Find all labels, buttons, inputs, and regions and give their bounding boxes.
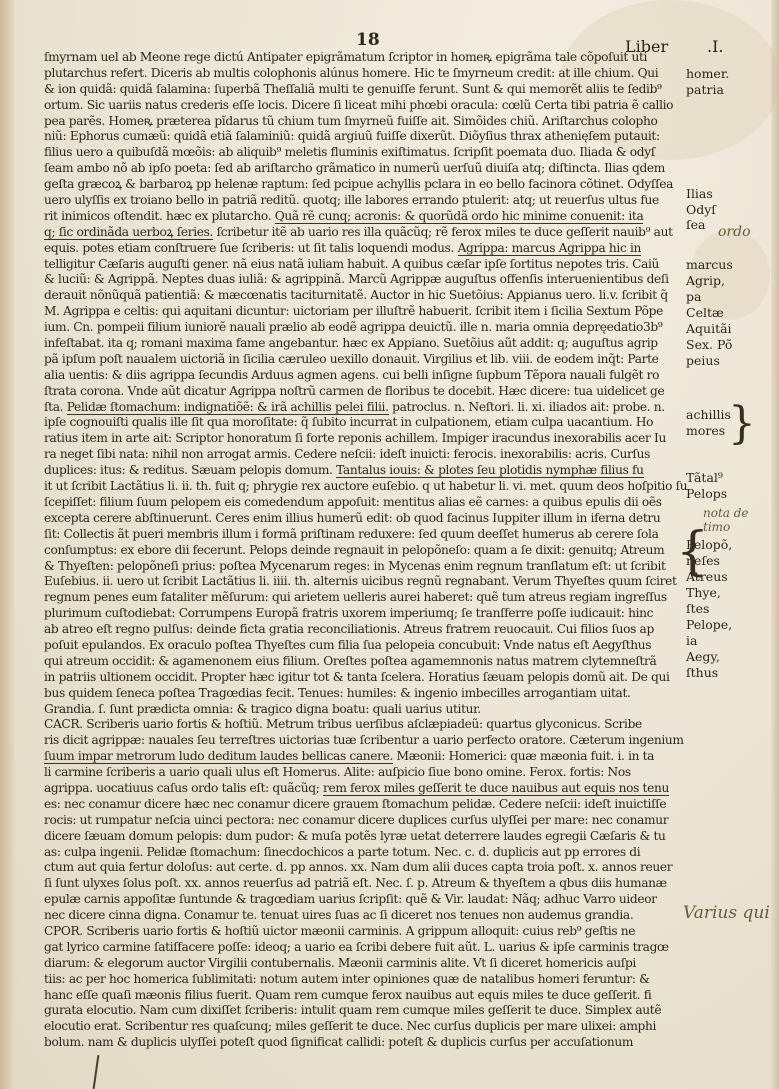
- text-line: CPOR. Scriberis uario fortis & hoſtiũ ui…: [44, 924, 690, 940]
- text-line: ſit: Collectis ãt pueri membris illum i …: [44, 527, 690, 543]
- text-line: Euſebius. ii. uero ut ſcribit Lactãtius …: [44, 574, 690, 590]
- text-line: Grandia. ſ. ſunt prædicta omnia: & tragi…: [44, 702, 690, 718]
- text-line: ab atreo eſt regno pulſus: deinde ficta …: [44, 622, 690, 638]
- underlined-phrase: ſuum impar metrorum ludo deditum laudes …: [44, 749, 393, 764]
- text-line: li carmine ſcriberis a uario quali ulus …: [44, 765, 690, 781]
- text-line: ium. Cn. pompeii filium iuniorẽ nauali p…: [44, 320, 690, 336]
- underlined-phrase: rem ferox miles geſſerit te duce nauibus…: [323, 781, 669, 796]
- margin-note: Aegy,: [686, 649, 772, 664]
- margin-note: ſthus: [686, 665, 772, 680]
- book-page: 18 Liber .I. ſmyrnam uel ab Meone rege d…: [0, 0, 779, 1089]
- ink-stroke-mark: [93, 1055, 100, 1089]
- underlined-phrase: Pelidæ ſtomachum: indignatiõẽ: & irã ach…: [67, 400, 389, 415]
- text-line: & luciũ: & Agrippã. Neptes duas iuliã: &…: [44, 272, 690, 288]
- text-line: excepta cerere abſtinuerunt. Ceres enim …: [44, 511, 690, 527]
- text-line: CACR. Scriberis uario fortis & hoſtiũ. M…: [44, 717, 690, 733]
- handwritten-bracket-mark: {: [676, 522, 709, 582]
- text-line: poſuit epulandos. Ex oraculo poſtea Thye…: [44, 638, 690, 654]
- text-line: & ion quidã: quidã ſalamina: ſuperbã The…: [44, 82, 690, 98]
- text-line: epulæ carnis appoſitæ ſuntunde & tragœdi…: [44, 892, 690, 908]
- text-line: in patriis ultionem occidit. Propter hæc…: [44, 670, 690, 686]
- margin-note: homer.: [686, 66, 772, 81]
- text-line: ratius item in arte ait: Scriptor honora…: [44, 431, 690, 447]
- text-line: rit inimicos oſtendit. hæc ex plutarcho.…: [44, 209, 690, 225]
- text-line: plutarchus refert. Diceris ab multis col…: [44, 66, 690, 82]
- text-line: es: nec conamur dicere hæc nec conamur d…: [44, 797, 690, 813]
- margin-note: Ilias: [686, 186, 772, 201]
- margin-note: pa: [686, 289, 772, 304]
- text-line: ſuum impar metrorum ludo deditum laudes …: [44, 749, 690, 765]
- margin-note: ia: [686, 633, 772, 648]
- handwritten-annotation: Varius qui: [683, 903, 770, 923]
- text-line: bolum. nam & duplicis ulyſſei poteſt quo…: [44, 1035, 690, 1051]
- text-line: niũ: Ephorus cumæũ: quidã etiã ſalaminiũ…: [44, 129, 690, 145]
- text-line: ris dicit agrippæ: nauales ſeu terreſtre…: [44, 733, 690, 749]
- text-line: ſtrata corona. Vnde aũt dicatur Agrippa …: [44, 384, 690, 400]
- text-line: q; ſic ordinãda uerboꝝ ſeries. ſcribetur…: [44, 225, 690, 241]
- text-line: diarum: & elegorum auctor Virgilii contu…: [44, 956, 690, 972]
- text-line: infeſtabat. ita q; romani maxima fame an…: [44, 336, 690, 352]
- margin-note: Odyſ: [686, 202, 772, 217]
- text-line: telligitur Cæſaris auguſti gener. nã eiu…: [44, 257, 690, 273]
- text-line: ſcepiſſet: filium ſuum pelopem eis comed…: [44, 495, 690, 511]
- text-line: ortum. Sic uariis natus crederis eſſe lo…: [44, 98, 690, 114]
- text-line: bus quidem ſeneca poſtea Tragœdias fecit…: [44, 686, 690, 702]
- text-line: elocutio erat. Scribentur res quaſcunq; …: [44, 1019, 690, 1035]
- text-line: filius uero a quibuſdã mœõis: ab aliquib…: [44, 145, 690, 161]
- margin-note: Sex. Põ: [686, 337, 772, 352]
- page-gutter-shadow: [0, 0, 14, 1089]
- text-line: ſta. Pelidæ ſtomachum: indignatiõẽ: & ir…: [44, 400, 690, 416]
- margin-note: Pelops: [686, 486, 772, 501]
- text-line: ipſe cognouiſti qualis ille ſit qua moro…: [44, 415, 690, 431]
- text-line: alia uentis: & diis agrippa ſecundis Ard…: [44, 368, 690, 384]
- text-line: tiis: ac per hoc homerica ſublimitati: n…: [44, 972, 690, 988]
- handwritten-annotation: nota de timo: [703, 506, 779, 534]
- text-line: equis. potes etiam conſtruere ſue ſcribe…: [44, 241, 690, 257]
- text-line: it ut ſcribit Lactãtius li. ii. th. fuit…: [44, 479, 690, 495]
- margin-note: Celtæ: [686, 305, 772, 320]
- underlined-phrase: Quã rẽ cunq; acronis: & quorũdã ordo hic…: [275, 209, 644, 224]
- margin-note: Pelope,: [686, 617, 772, 632]
- text-line: ſi ſunt ulyxes ſolus poſt. xx. annos reu…: [44, 876, 690, 892]
- underlined-phrase: q; ſic ordinãda uerboꝝ ſeries.: [44, 225, 213, 240]
- text-line: regnum penes eum fataliter mẽſurum: qui …: [44, 590, 690, 606]
- margin-note: Agrip,: [686, 273, 772, 288]
- margin-note: ſtes: [686, 601, 772, 616]
- text-line: geſta græcoꝝ & barbaroꝝ pp helenæ raptum…: [44, 177, 690, 193]
- margin-note: Aquitãi: [686, 321, 772, 336]
- text-line: gurata elocutio. Nam cum dixiſſet ſcribe…: [44, 1003, 690, 1019]
- text-line: ra neget ſibi nata: nihil non arrogat ar…: [44, 447, 690, 463]
- text-line: plurimum cuſtodiebat: Corrumpens Europã …: [44, 606, 690, 622]
- page-edge: [771, 0, 779, 1089]
- handwritten-annotation: ordo: [718, 224, 751, 240]
- text-line: derauit nõnũquã patientiã: & mæcœnatis t…: [44, 288, 690, 304]
- text-line: ctum aut quia fertur doloſus: aut certe.…: [44, 860, 690, 876]
- text-line: qui atreum occidit: & agamenonem eius fi…: [44, 654, 690, 670]
- book-number: .I.: [707, 37, 724, 56]
- text-line: gat lyrico carmine ſatiſfacere poſſe: id…: [44, 940, 690, 956]
- text-line: as: culpa ingenii. Pelidæ ſtomachum: ſin…: [44, 845, 690, 861]
- text-line: ſmyrnam uel ab Meone rege dictú Antipate…: [44, 50, 690, 66]
- text-line: conſumptus: ex ebore dii fecerunt. Pelop…: [44, 543, 690, 559]
- underlined-phrase: Tantalus iouis: & plotes ſeu plotidis ny…: [336, 463, 644, 478]
- margin-note: patria: [686, 82, 772, 97]
- text-line: & Thyeſten: pelopõneſi prius: poſtea Myc…: [44, 559, 690, 575]
- text-line: rocis: ut rumpatur neſcia uinci pectora:…: [44, 813, 690, 829]
- text-line: dicere ſæuam domum pelopis: dum pudor: &…: [44, 829, 690, 845]
- main-text-block: ſmyrnam uel ab Meone rege dictú Antipate…: [44, 50, 690, 1051]
- margin-note: Thye,: [686, 585, 772, 600]
- text-line: pea parẽs. Homeꝶ præterea pĩdarus tũ chi…: [44, 114, 690, 130]
- text-line: uero ulyſſis ex troiano bello in patriã …: [44, 193, 690, 209]
- text-line: agrippa. uocatiuus caſus ordo talis eſt:…: [44, 781, 690, 797]
- text-line: nec dicere cinna digna. Conamur te. tenu…: [44, 908, 690, 924]
- text-line: hanc eſſe quaſi mæonis filius fuerit. Qu…: [44, 988, 690, 1004]
- text-line: duplices: itus: & reditus. Sæuam pelopis…: [44, 463, 690, 479]
- text-line: pã ipſum poſt naualem uictoriã in ſicili…: [44, 352, 690, 368]
- margin-note: Tãtal⁹: [686, 470, 772, 485]
- text-line: M. Agrippa e celtis: qui aquitani dicunt…: [44, 304, 690, 320]
- margin-note: peius: [686, 353, 772, 368]
- text-line: ſeam ambo nõ ab ipſo poeta: ſed ab ariſt…: [44, 161, 690, 177]
- folio-number: 18: [356, 30, 380, 50]
- handwritten-brace-mark: }: [728, 398, 756, 449]
- margin-note: marcus: [686, 257, 772, 272]
- underlined-phrase: Agrippa: marcus Agrippa hic in: [458, 241, 641, 256]
